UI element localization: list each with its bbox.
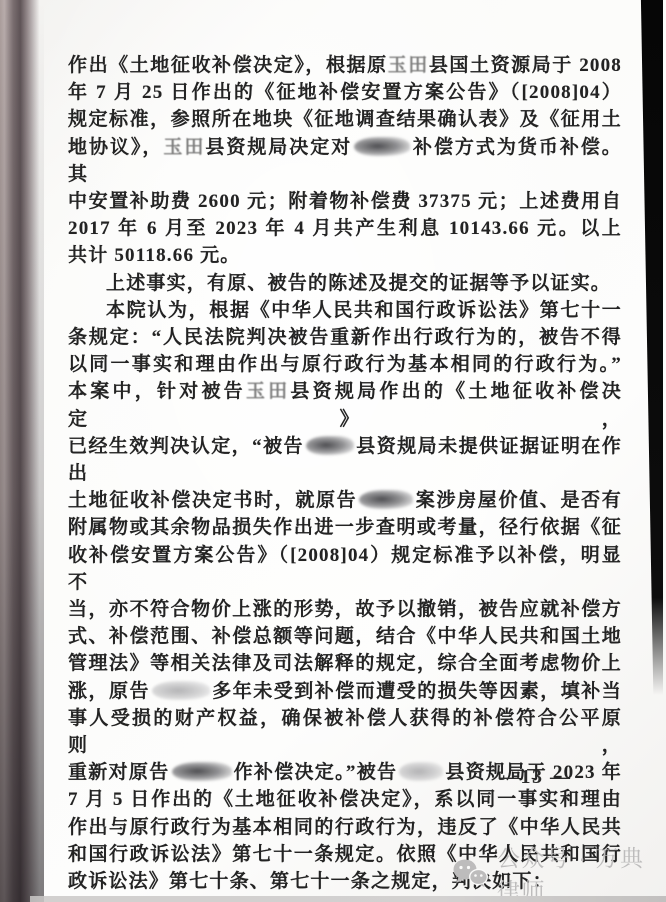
document-line: 共计 50118.66 元。 <box>68 242 622 269</box>
text-segment: 规定标准，参照所在地块《征地调查结果确认表》及《征用土 <box>68 109 622 130</box>
text-segment: 2017 年 6 月至 2023 年 4 月共产生利息 10143.66 元。以… <box>68 218 622 239</box>
text-segment: 条规定：“人民法院判决被告重新作出行政行为的，被告不得 <box>68 327 622 348</box>
document-line: 规定标准，参照所在地块《征地调查结果确认表》及《征用土 <box>68 106 622 133</box>
text-segment: 作出与原行政行为基本相同的行政行为，违反了《中华人民共 <box>68 817 622 838</box>
photo-left-edge <box>0 0 44 902</box>
ghost-redaction: 玉田 <box>163 137 205 158</box>
ghost-redaction: 玉田 <box>388 55 429 76</box>
blob-redaction <box>306 436 354 455</box>
scanned-judgment-page: 作出《土地征收补偿决定》，根据原玉田县国土资源局于 2008年 7 月 25 日… <box>0 0 666 902</box>
text-segment: 地协议》， <box>68 137 163 158</box>
text-segment: 多年未受到补偿而遭受的损失等因素，填补当 <box>212 681 622 702</box>
document-line: 中安置补助费 2600 元；附着物补偿费 37375 元；上述费用自 <box>68 188 622 215</box>
text-segment: 年 7 月 25 日作出的《征地补偿安置方案公告》（[2008]04） <box>68 82 622 103</box>
text-segment: 式、补偿范围、补偿总额等问题，结合《中华人民共和国土地 <box>68 626 622 647</box>
text-segment: 事人受损的财产权益，确保被补偿人获得的补偿符合公平原则， <box>68 708 622 756</box>
document-line: 当，亦不符合物价上涨的形势，故予以撤销，被告应就补偿方 <box>68 596 622 623</box>
text-segment: 涨，原告 <box>68 681 150 702</box>
text-segment: 本院认为，根据《中华人民共和国行政诉讼法》第七十一 <box>106 300 622 321</box>
smudge-redaction <box>152 681 210 700</box>
text-segment: 共计 50118.66 元。 <box>68 245 241 266</box>
document-line: 本案中，针对被告玉田县资规局作出的《土地征收补偿决定》， <box>68 378 622 432</box>
photo-right-edge <box>640 0 663 695</box>
text-segment: 案涉房屋价值、是否有 <box>415 490 622 511</box>
text-segment: 附属物或其余物品损失作出进一步查明或考量，径行依据《征 <box>68 517 622 538</box>
text-segment: 以同一事实和理由作出与原行政行为基本相同的行政行为。” <box>68 354 622 375</box>
document-line: 附属物或其余物品损失作出进一步查明或考量，径行依据《征 <box>68 514 622 541</box>
watermark: 公众号 · 万典律师 <box>452 858 666 888</box>
document-line: 土地征收补偿决定书时，就原告案涉房屋价值、是否有 <box>68 487 622 514</box>
blob-redaction <box>354 137 410 156</box>
document-line: 2017 年 6 月至 2023 年 4 月共产生利息 10143.66 元。以… <box>68 215 622 242</box>
text-segment: 7 月 5 日作出的《土地征收补偿决定》，系以同一事实和理由 <box>68 789 622 810</box>
document-line: 上述事实，有原、被告的陈述及提交的证据等予以证实。 <box>68 270 622 297</box>
text-segment: 作出《土地征收补偿决定》，根据原 <box>68 55 388 76</box>
document-line: 事人受损的财产权益，确保被补偿人获得的补偿符合公平原则， <box>68 705 622 759</box>
photo-bottom-edge <box>30 896 666 902</box>
document-line: 条规定：“人民法院判决被告重新作出行政行为的，被告不得 <box>68 324 622 351</box>
text-segment: 管理法》等相关法律及司法解释的规定，综合全面考虑物价上 <box>68 653 622 674</box>
document-line: 本院认为，根据《中华人民共和国行政诉讼法》第七十一 <box>68 297 622 324</box>
watermark-label: 公众号 · 万典律师 <box>497 840 666 902</box>
text-segment: 县国土资源局于 2008 <box>429 55 622 76</box>
page-number: —13 — <box>499 766 572 789</box>
blob-redaction <box>359 490 413 509</box>
ghost-redaction: 玉田 <box>246 381 290 402</box>
document-line: 7 月 5 日作出的《土地征收补偿决定》，系以同一事实和理由 <box>68 786 622 813</box>
text-segment: 已经生效判决认定，“被告 <box>68 436 304 457</box>
smudge-redaction <box>399 762 443 781</box>
wechat-icon <box>452 858 488 888</box>
document-line: 作出《土地征收补偿决定》，根据原玉田县国土资源局于 2008 <box>68 52 622 79</box>
blob-redaction <box>172 762 232 781</box>
text-segment: 县资规局决定对 <box>205 137 352 158</box>
document-line: 作出与原行政行为基本相同的行政行为，违反了《中华人民共 <box>68 814 622 841</box>
document-line: 地协议》，玉田县资规局决定对补偿方式为货币补偿。其 <box>68 134 622 188</box>
document-line: 管理法》等相关法律及司法解释的规定，综合全面考虑物价上 <box>68 650 622 677</box>
document-line: 年 7 月 25 日作出的《征地补偿安置方案公告》（[2008]04） <box>68 79 622 106</box>
text-segment: 中安置补助费 2600 元；附着物补偿费 37375 元；上述费用自 <box>68 191 622 212</box>
text-segment: 作补偿决定。”被告 <box>234 762 398 783</box>
document-line: 已经生效判决认定，“被告县资规局未提供证据证明在作出 <box>68 433 622 487</box>
text-segment: 本案中，针对被告 <box>68 381 246 402</box>
document-line: 涨，原告多年未受到补偿而遭受的损失等因素，填补当 <box>68 678 622 705</box>
document-line: 收补偿安置方案公告》（[2008]04）规定标准予以补偿，明显不 <box>68 542 622 596</box>
document-line: 以同一事实和理由作出与原行政行为基本相同的行政行为。” <box>68 351 622 378</box>
text-segment: 上述事实，有原、被告的陈述及提交的证据等予以证实。 <box>106 273 611 294</box>
text-segment: 土地征收补偿决定书时，就原告 <box>68 490 357 511</box>
text-segment: 当，亦不符合物价上涨的形势，故予以撤销，被告应就补偿方 <box>68 599 622 620</box>
text-segment: 重新对原告 <box>68 762 170 783</box>
text-segment: 收补偿安置方案公告》（[2008]04）规定标准予以补偿，明显不 <box>68 545 622 593</box>
document-line: 式、补偿范围、补偿总额等问题，结合《中华人民共和国土地 <box>68 623 622 650</box>
